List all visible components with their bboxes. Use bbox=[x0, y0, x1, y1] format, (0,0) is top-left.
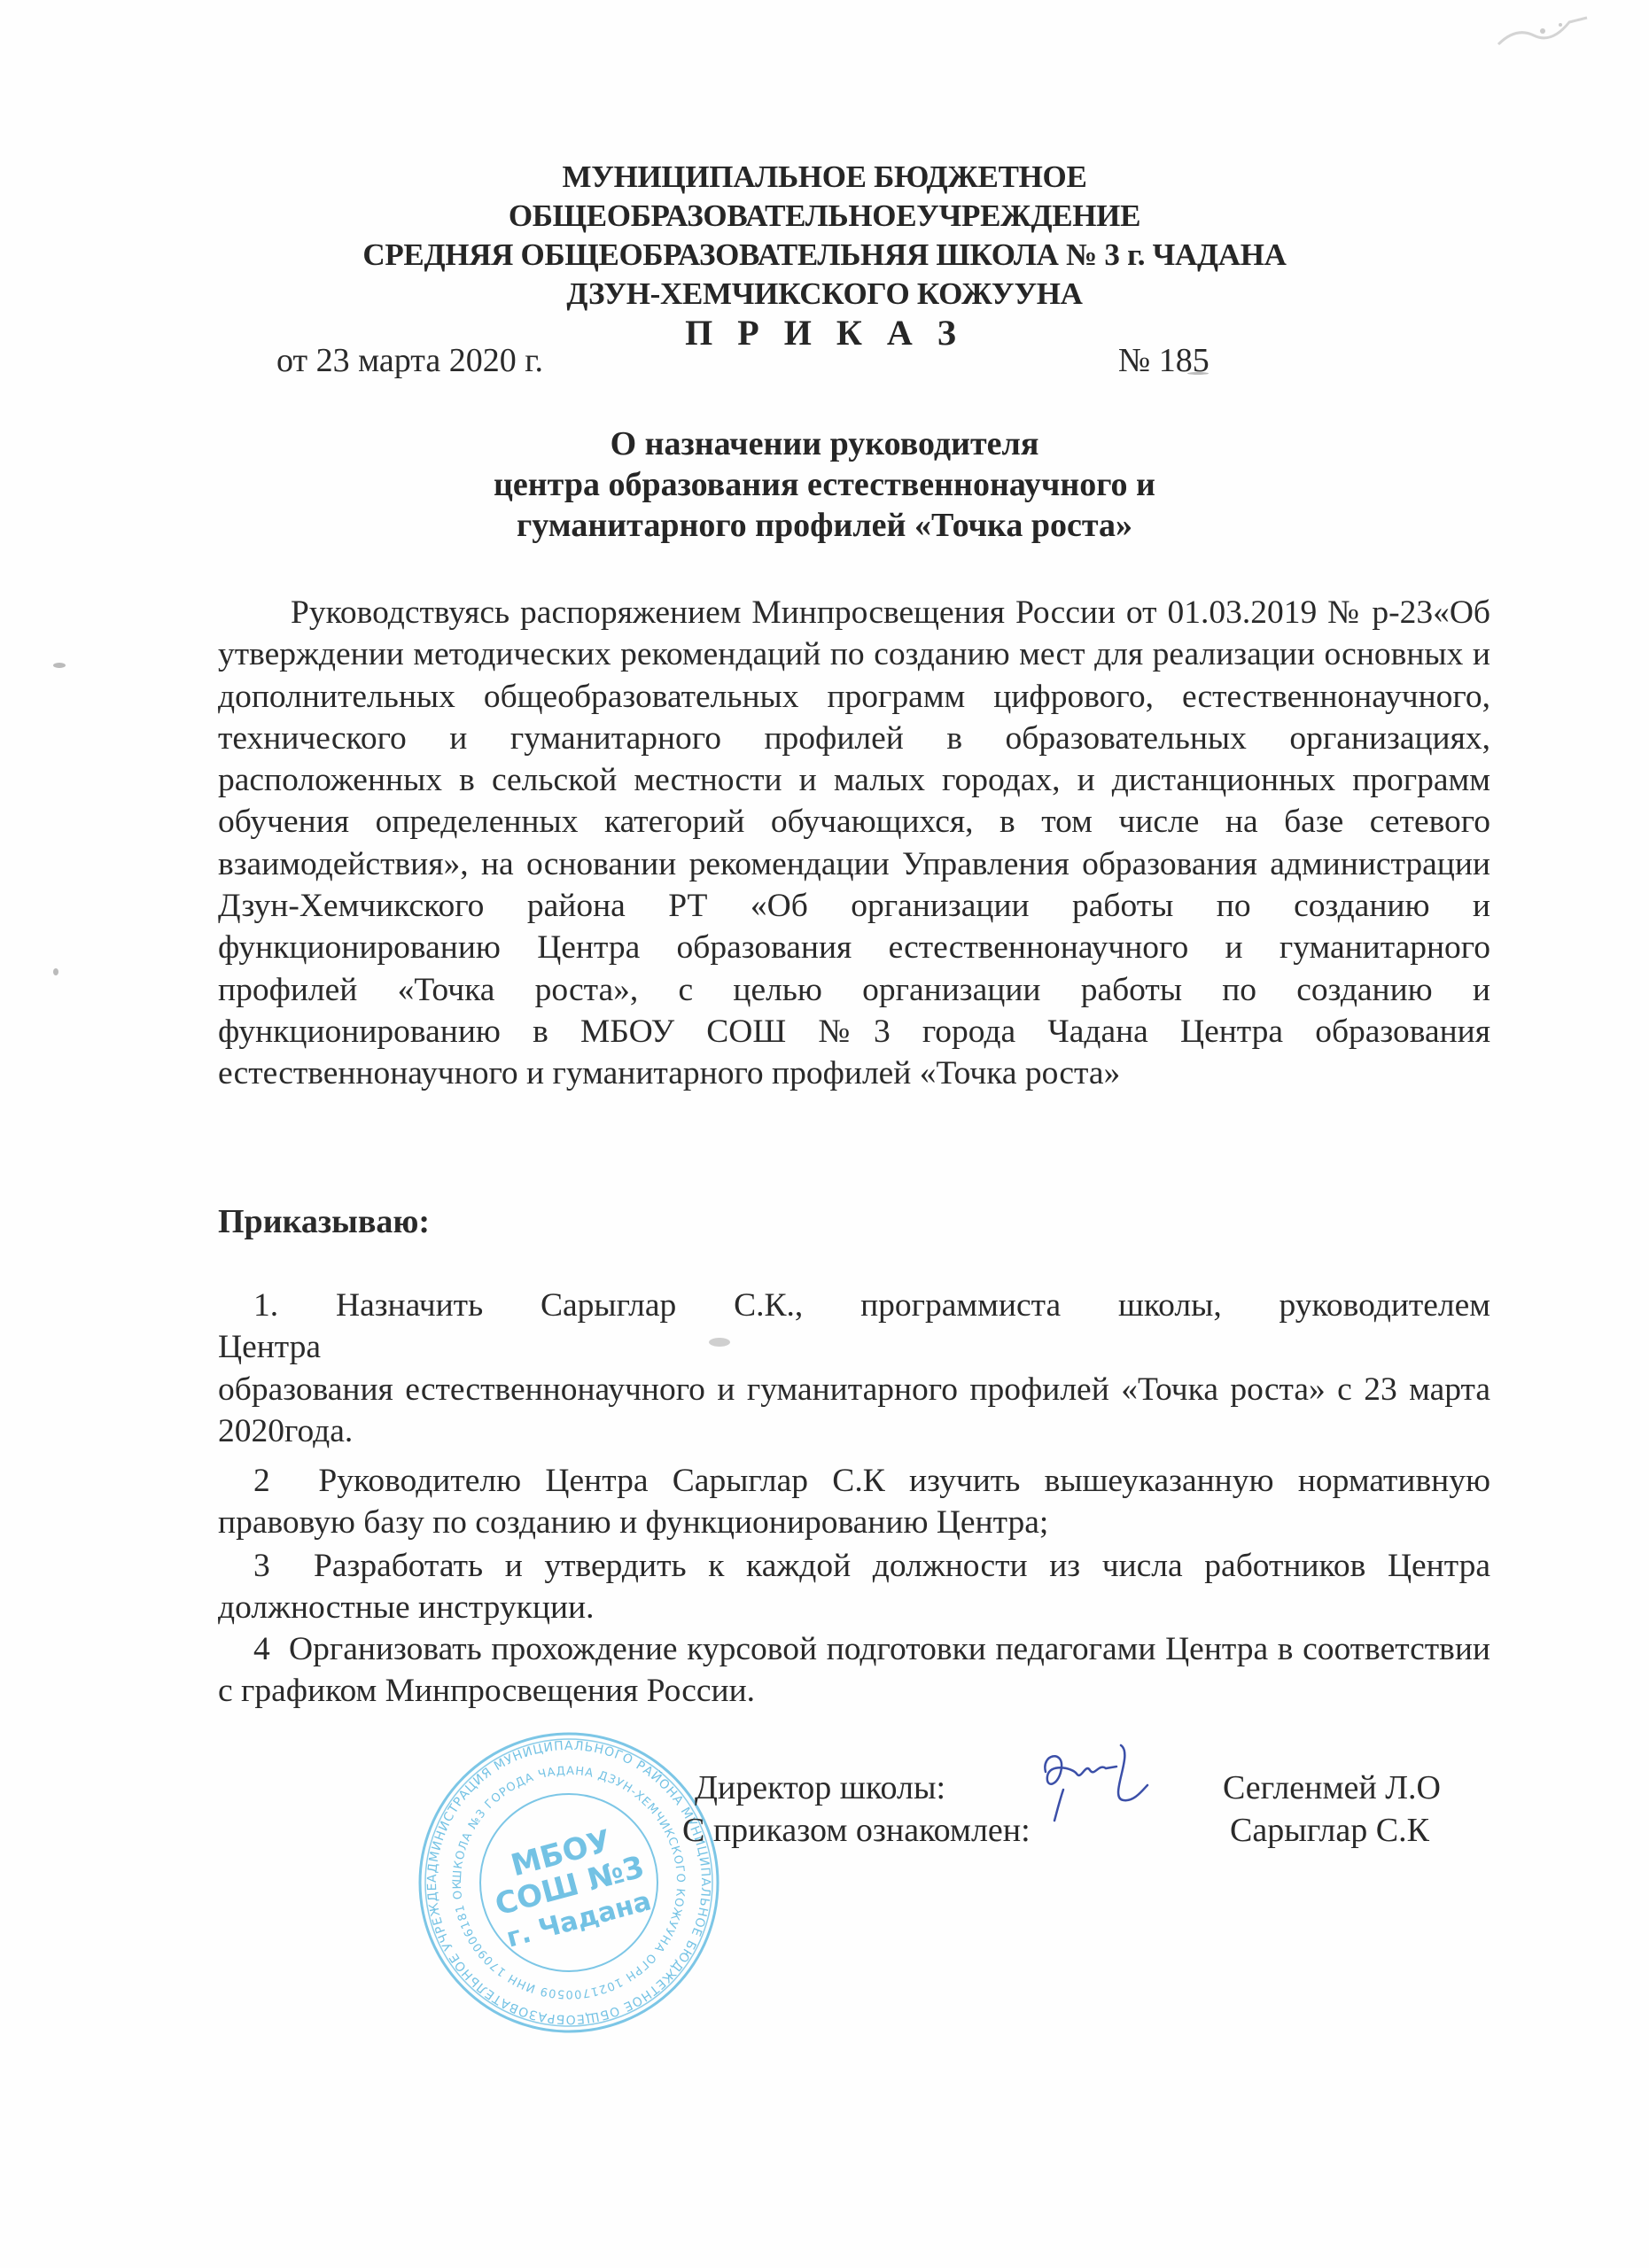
header-line: ОБЩЕОБРАЗОВАТЕЛЬНОЕУЧРЕЖДЕНИЕ bbox=[0, 197, 1649, 236]
header-line: МУНИЦИПАЛЬНОЕ БЮДЖЕТНОЕ bbox=[0, 158, 1649, 197]
order-heading: Приказываю: bbox=[218, 1202, 430, 1241]
official-stamp-icon: АДМИНИСТРАЦИЯ МУНИЦИПАЛЬНОГО РАЙОНА МУНИ… bbox=[414, 1728, 724, 2038]
header-line: СРЕДНЯЯ ОБЩЕОБРАЗОВАТЕЛЬНЯЯ ШКОЛА № 3 г.… bbox=[0, 236, 1649, 275]
order-date: от 23 марта 2020 г. bbox=[276, 341, 543, 380]
order-item-first-line: 1. Назначить Сарыглар С.К., программиста… bbox=[218, 1285, 1490, 1326]
order-item-continuation: Центра bbox=[218, 1326, 1490, 1368]
order-item-3: 3 Разработать и утвердить к каждой должн… bbox=[218, 1545, 1490, 1629]
item-text: Руководителю Центра Сарыглар С.К изучить… bbox=[218, 1463, 1490, 1541]
order-item-4: 4 Организовать прохождение курсовой подг… bbox=[218, 1628, 1490, 1713]
header-line: ДЗУН-ХЕМЧИКСКОГО КОЖУУНА bbox=[0, 275, 1649, 314]
title-line: О назначении руководителя bbox=[0, 423, 1649, 464]
scan-speck bbox=[53, 663, 66, 668]
scan-speck bbox=[53, 968, 58, 975]
title-line: центра образования естественнонаучного и bbox=[0, 464, 1649, 505]
organization-header: МУНИЦИПАЛЬНОЕ БЮДЖЕТНОЕ ОБЩЕОБРАЗОВАТЕЛЬ… bbox=[0, 158, 1649, 353]
item-number: 2 bbox=[253, 1463, 270, 1499]
order-item-1: 1. Назначить Сарыглар С.К., программиста… bbox=[218, 1285, 1490, 1452]
title-line: гуманитарного профилей «Точка роста» bbox=[0, 505, 1649, 546]
order-item-2: 2 Руководителю Центра Сарыглар С.К изучи… bbox=[218, 1460, 1490, 1544]
item-text: Организовать прохождение курсовой подгот… bbox=[218, 1631, 1490, 1709]
preamble-paragraph: Руководствуясь распоряжением Минпросвеще… bbox=[218, 592, 1490, 1095]
document-type: П Р И К А З bbox=[0, 314, 1649, 353]
signature-name-acknowledged: Сарыглар С.К bbox=[1230, 1811, 1429, 1850]
order-item-rest: образования естественнонаучного и гумани… bbox=[218, 1369, 1490, 1453]
order-number: № 185 bbox=[1118, 341, 1210, 380]
item-text: Разработать и утвердить к каждой должнос… bbox=[218, 1548, 1490, 1626]
signature-name-director: Сегленмей Л.О bbox=[1223, 1768, 1441, 1807]
signature-label-acknowledged: С приказом ознакомлен: bbox=[682, 1811, 1031, 1850]
signature-label-director: Директор школы: bbox=[695, 1768, 945, 1807]
item-number: 1. bbox=[253, 1287, 278, 1324]
item-text: Назначить Сарыглар С.К., программиста шк… bbox=[336, 1287, 1490, 1324]
item-number: 4 bbox=[253, 1631, 270, 1667]
order-title: О назначении руководителя центра образов… bbox=[0, 423, 1649, 546]
scan-smudge-icon bbox=[1490, 9, 1596, 53]
document-page: МУНИЦИПАЛЬНОЕ БЮДЖЕТНОЕ ОБЩЕОБРАЗОВАТЕЛЬ… bbox=[0, 0, 1649, 2268]
director-signature-icon bbox=[1037, 1736, 1161, 1825]
item-number: 3 bbox=[253, 1548, 270, 1584]
